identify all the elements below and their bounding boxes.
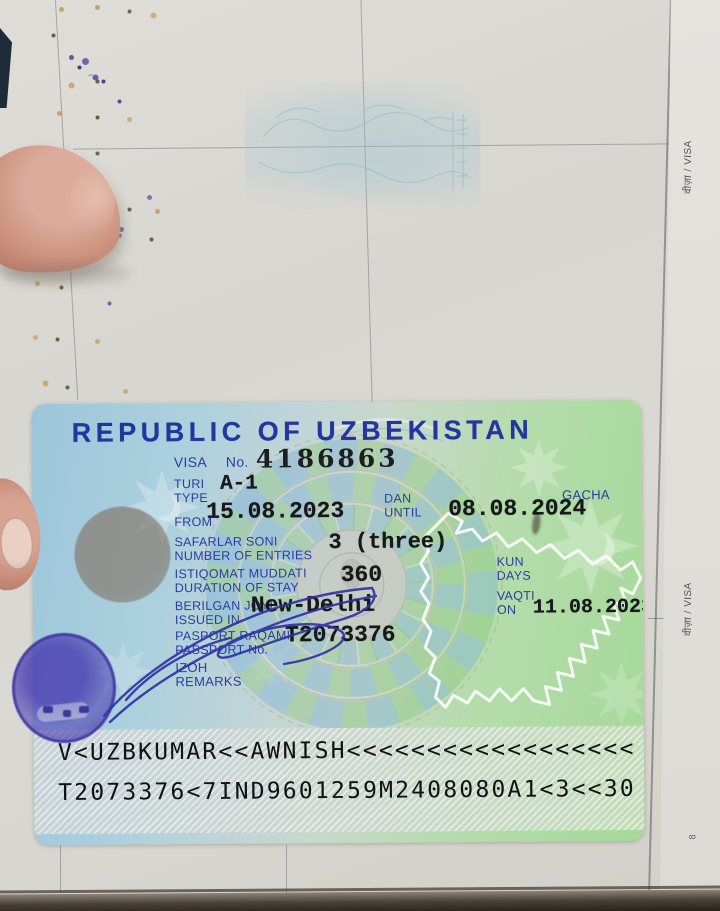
stamp-glyph bbox=[63, 710, 71, 717]
mrz-line-1: V<UZBKUMAR<<AWNISH<<<<<<<<<<<<<<<<<< bbox=[58, 736, 636, 766]
rubber-stamp bbox=[12, 633, 116, 743]
stamp-glyph bbox=[79, 706, 89, 713]
visa-no-label-2: No. bbox=[226, 455, 249, 469]
side-visa-label-middle: वीज़ा / VISA bbox=[680, 582, 694, 637]
issued-label-en: ISSUED IN bbox=[175, 613, 240, 627]
stamp-glyph bbox=[43, 706, 53, 713]
until-label-en: UNTIL bbox=[384, 505, 422, 519]
issued-in-value: New-Delhi bbox=[251, 592, 375, 619]
entries-label-en: NUMBER OF ENTRIES bbox=[174, 548, 312, 563]
passport-photo: ~ वीज़ा / VISA वीज़ा / VISA 8 bbox=[0, 0, 720, 911]
finger-shadow bbox=[0, 262, 130, 284]
visa-sticker: REPUBLIC OF UZBEKISTAN VISA No. 4186863 … bbox=[31, 400, 644, 845]
type-label-en: TYPE bbox=[174, 491, 208, 505]
entries-label-uz: SAFARLAR SONI bbox=[174, 534, 277, 549]
type-value: A-1 bbox=[220, 473, 258, 496]
page-tick-right bbox=[648, 618, 664, 619]
from-date-value: 15.08.2023 bbox=[206, 498, 344, 525]
visa-no-label-1: VISA bbox=[174, 455, 207, 469]
finger bbox=[0, 137, 129, 282]
next-page-edge bbox=[660, 0, 720, 911]
issue-date-label-en: ON bbox=[497, 603, 516, 617]
issue-date-label-uz: VAQTI bbox=[497, 589, 535, 603]
duration-label-uz: ISTIQOMAT MUDDATI bbox=[175, 566, 307, 581]
mrz-line-2: T2073376<7IND9601259M2408080A1<3<<30 bbox=[58, 776, 636, 806]
passport-number-value: T2073376 bbox=[285, 622, 396, 649]
passport-label-en: PASSPORT No. bbox=[175, 642, 268, 657]
page-speckles-blue-ink bbox=[0, 0, 3, 3]
passport-cover-edge bbox=[0, 28, 12, 108]
remarks-label-en: REMARKS bbox=[175, 675, 241, 689]
page-watermark-lines bbox=[245, 82, 480, 222]
thumbnail bbox=[0, 516, 34, 570]
until-label-uz2: GACHA bbox=[562, 488, 610, 502]
issue-date-value: 11.08.2023 bbox=[533, 596, 645, 620]
hologram-patch bbox=[74, 506, 171, 603]
duration-unit-en: DAYS bbox=[497, 569, 531, 583]
duration-unit-uz: KUN bbox=[497, 555, 524, 569]
until-label-uz: DAN bbox=[384, 491, 411, 505]
ink-splatter-mark: ~ bbox=[86, 69, 94, 80]
passport-label-uz: PASPORT RAQAMI bbox=[175, 628, 290, 643]
duration-value: 360 bbox=[341, 562, 383, 588]
from-label: FROM bbox=[174, 515, 212, 529]
visa-number-value: 4186863 bbox=[256, 444, 399, 474]
side-visa-label-top: वीज़ा / VISA bbox=[680, 140, 694, 195]
entries-value: 3 (three) bbox=[328, 529, 447, 555]
type-label-uz: TURI bbox=[174, 477, 204, 491]
page-fold-line-bottom-left bbox=[60, 845, 61, 893]
page-number: 8 bbox=[688, 834, 698, 839]
